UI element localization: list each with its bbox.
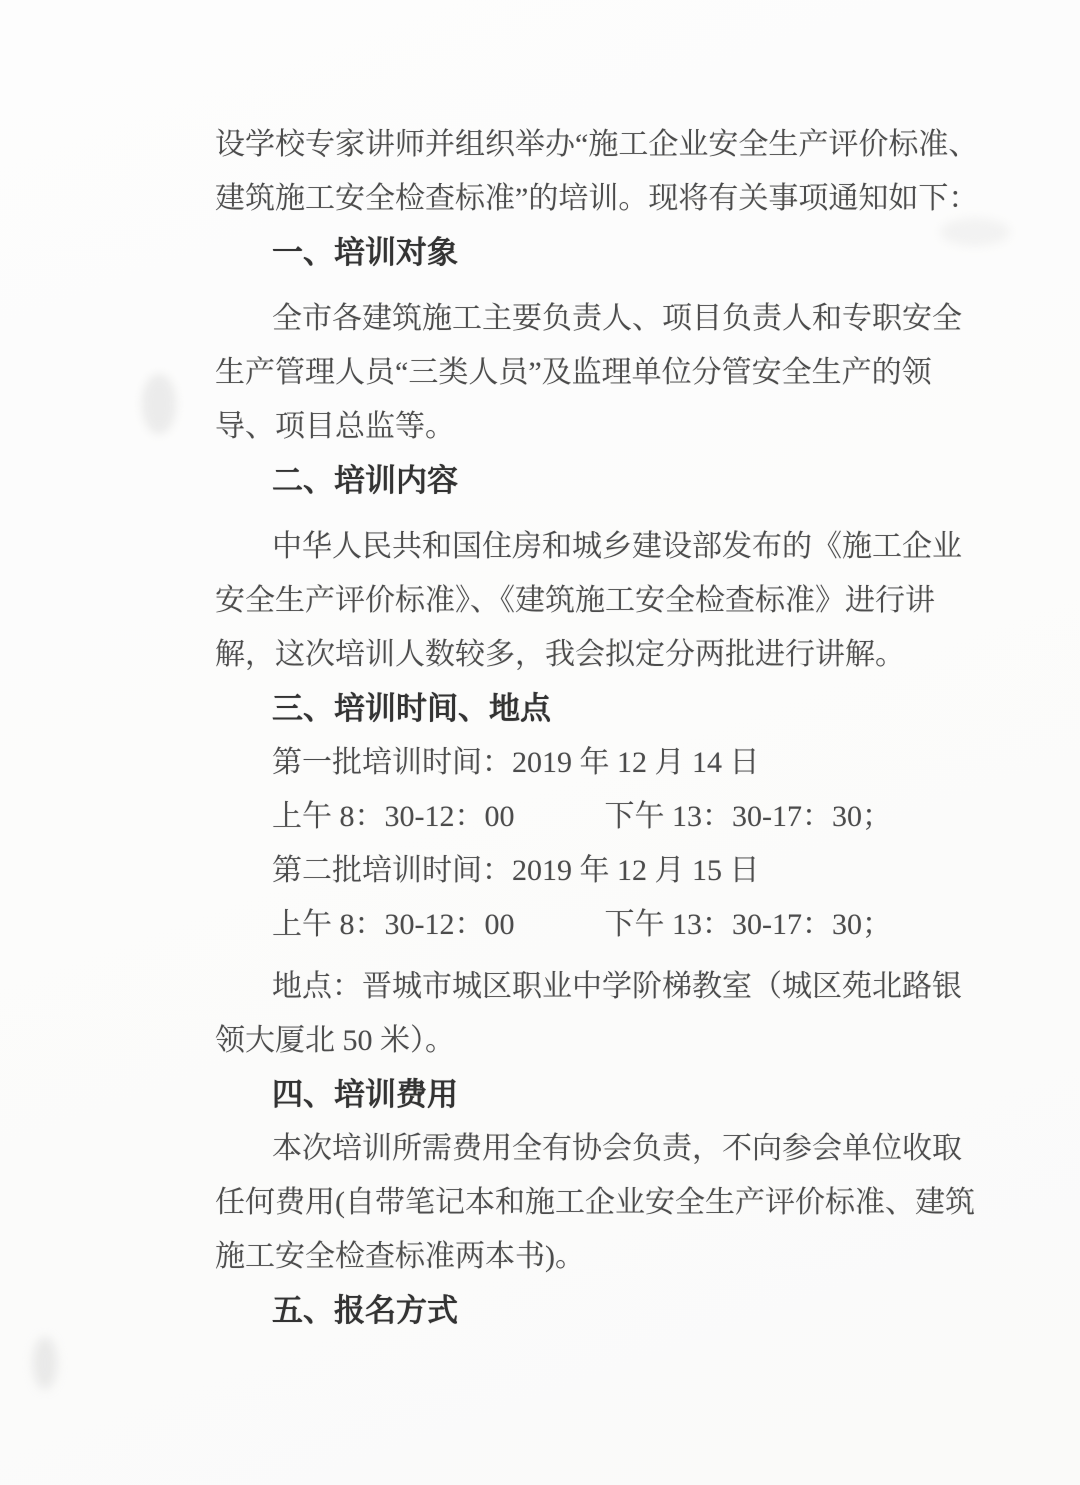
document-line: 导、项目总监等。	[215, 400, 1005, 454]
section-heading-1: 一、培训对象	[215, 226, 1005, 280]
document-line: 任何费用(自带笔记本和施工企业安全生产评价标准、建筑	[215, 1176, 1005, 1230]
section-heading-3: 三、培训时间、地点	[215, 682, 1005, 736]
document-line: 解，这次培训人数较多，我会拟定分两批进行讲解。	[215, 628, 1005, 682]
document-line: 设学校专家讲师并组织举办“施工企业安全生产评价标准、	[215, 118, 1005, 172]
document-line: 生产管理人员“三类人员”及监理单位分管安全生产的领	[215, 346, 1005, 400]
section-heading-4: 四、培训费用	[215, 1068, 1005, 1122]
scan-smudge-artifact	[33, 1337, 57, 1389]
document-line: 领大厦北 50 米）。	[215, 1014, 1005, 1068]
document-line-batch1-time: 上午 8：30-12：00 下午 13：30-17：30；	[215, 790, 1005, 844]
scanned-document-page: 设学校专家讲师并组织举办“施工企业安全生产评价标准、 建筑施工安全检查标准”的培…	[0, 0, 1080, 1485]
document-line-location: 地点：晋城市城区职业中学阶梯教室（城区苑北路银	[215, 960, 1005, 1014]
document-line: 安全生产评价标准》、《建筑施工安全检查标准》进行讲	[215, 574, 1005, 628]
document-line: 本次培训所需费用全有协会负责，不向参会单位收取	[215, 1122, 1005, 1176]
document-line-batch2-date: 第二批培训时间：2019 年 12 月 15 日	[215, 844, 1005, 898]
document-line: 建筑施工安全检查标准”的培训。现将有关事项通知如下：	[215, 172, 1005, 226]
document-line: 施工安全检查标准两本书)。	[215, 1230, 1005, 1284]
scan-smudge-artifact	[142, 374, 176, 434]
document-line: 中华人民共和国住房和城乡建设部发布的《施工企业	[215, 520, 1005, 574]
document-line-batch2-time: 上午 8：30-12：00 下午 13：30-17：30；	[215, 898, 1005, 952]
document-line-batch1-date: 第一批培训时间：2019 年 12 月 14 日	[215, 736, 1005, 790]
document-line: 全市各建筑施工主要负责人、项目负责人和专职安全	[215, 292, 1005, 346]
section-heading-5: 五、报名方式	[215, 1284, 1005, 1338]
document-body: 设学校专家讲师并组织举办“施工企业安全生产评价标准、 建筑施工安全检查标准”的培…	[215, 118, 1005, 1338]
section-heading-2: 二、培训内容	[215, 454, 1005, 508]
